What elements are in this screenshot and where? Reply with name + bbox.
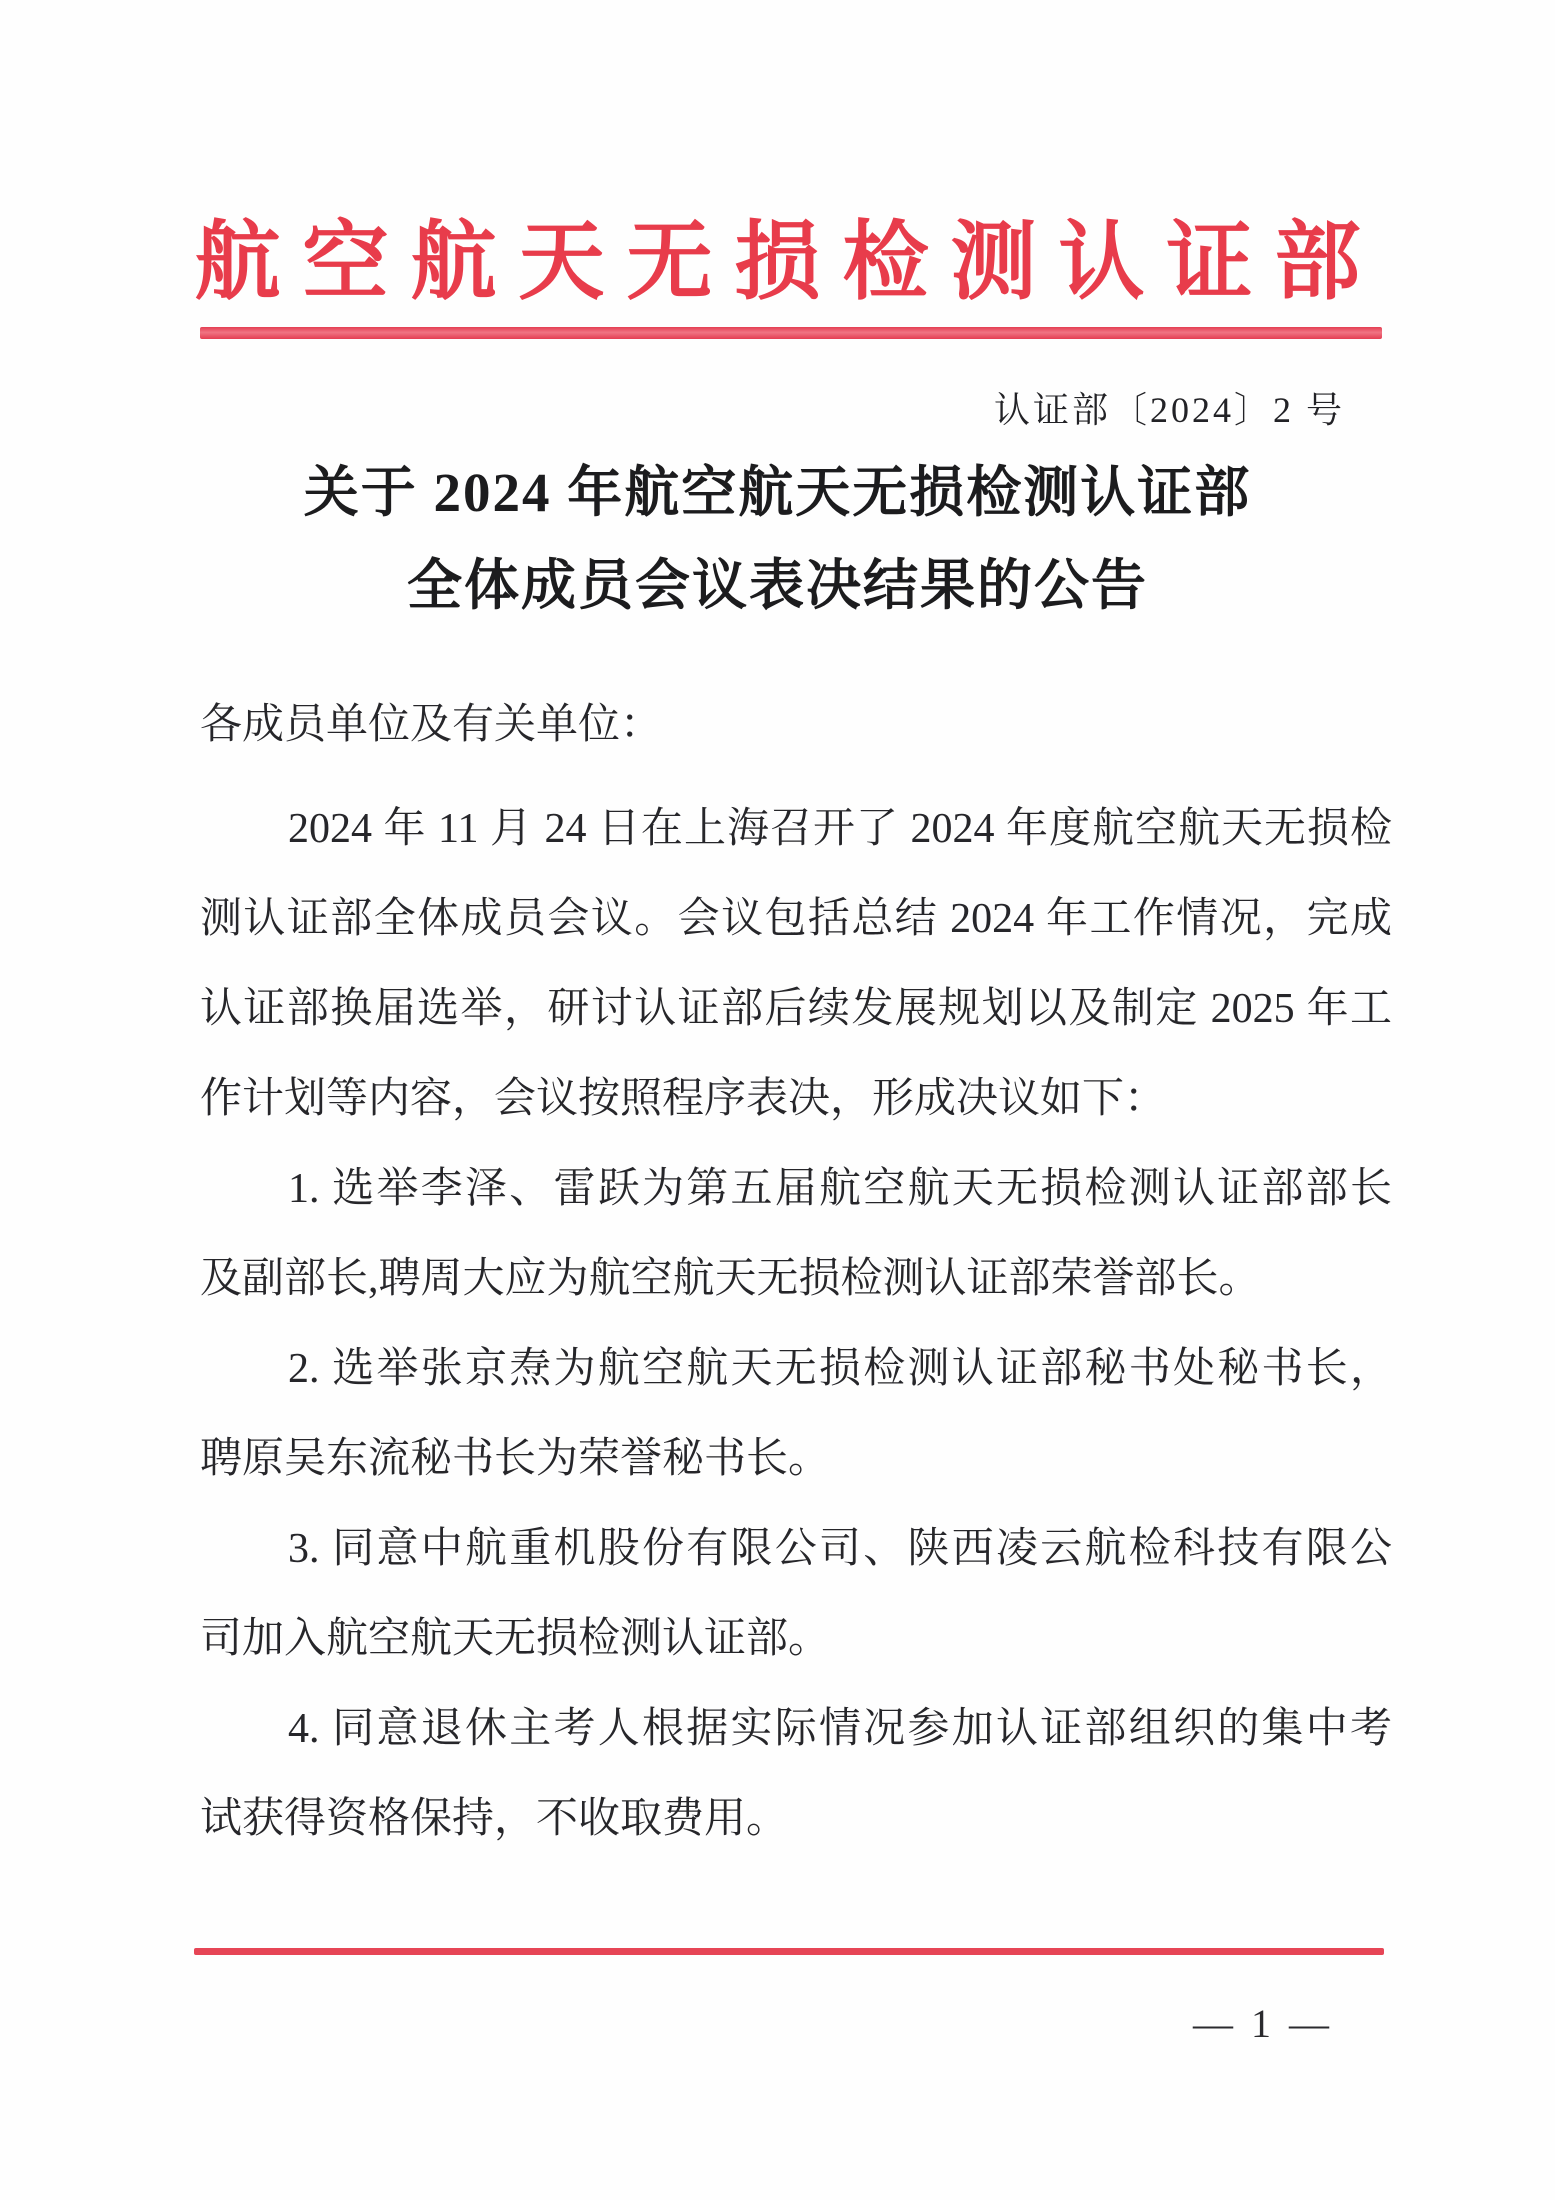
- document-title-line1: 关于 2024 年航空航天无损检测认证部: [0, 446, 1555, 539]
- body-line: 1. 选举李泽、雷跃为第五届航空航天无损检测认证部部长: [200, 1144, 1392, 1234]
- body-line: 司加入航空航天无损检测认证部。: [200, 1594, 1392, 1684]
- body-line: 及副部长,聘周大应为航空航天无损检测认证部荣誉部长。: [200, 1234, 1392, 1324]
- doc-number: 认证部〔2024〕2 号: [0, 382, 1345, 433]
- body-line: 作计划等内容，会议按照程序表决，形成决议如下：: [200, 1054, 1392, 1144]
- body-line: 2. 选举张京焘为航空航天无损检测认证部秘书处秘书长，: [200, 1324, 1392, 1414]
- document-title: 关于 2024 年航空航天无损检测认证部 全体成员会议表决结果的公告: [0, 446, 1555, 632]
- body-line: 3. 同意中航重机股份有限公司、陕西凌云航检科技有限公: [200, 1504, 1392, 1594]
- body-line: 4. 同意退休主考人根据实际情况参加认证部组织的集中考: [200, 1684, 1392, 1774]
- document-title-line2: 全体成员会议表决结果的公告: [0, 539, 1555, 632]
- letterhead-rule: [200, 327, 1382, 339]
- body-line: 试获得资格保持，不收取费用。: [200, 1774, 1392, 1864]
- body-lines: 2024 年 11 月 24 日在上海召开了 2024 年度航空航天无损检测认证…: [200, 784, 1392, 1864]
- body-line: 2024 年 11 月 24 日在上海召开了 2024 年度航空航天无损检: [200, 784, 1392, 874]
- document-page: 航空航天无损检测认证部 认证部〔2024〕2 号 关于 2024 年航空航天无损…: [0, 0, 1555, 2200]
- footer-rule: [194, 1948, 1384, 1955]
- salutation: 各成员单位及有关单位：: [200, 680, 1392, 770]
- document-body: 各成员单位及有关单位： 2024 年 11 月 24 日在上海召开了 2024 …: [200, 680, 1392, 1864]
- letterhead-title: 航空航天无损检测认证部: [0, 192, 1555, 316]
- body-line: 认证部换届选举，研讨认证部后续发展规划以及制定 2025 年工: [200, 964, 1392, 1054]
- body-line: 聘原吴东流秘书长为荣誉秘书长。: [200, 1414, 1392, 1504]
- page-number: — 1 —: [1193, 2000, 1333, 2047]
- body-line: 测认证部全体成员会议。会议包括总结 2024 年工作情况，完成: [200, 874, 1392, 964]
